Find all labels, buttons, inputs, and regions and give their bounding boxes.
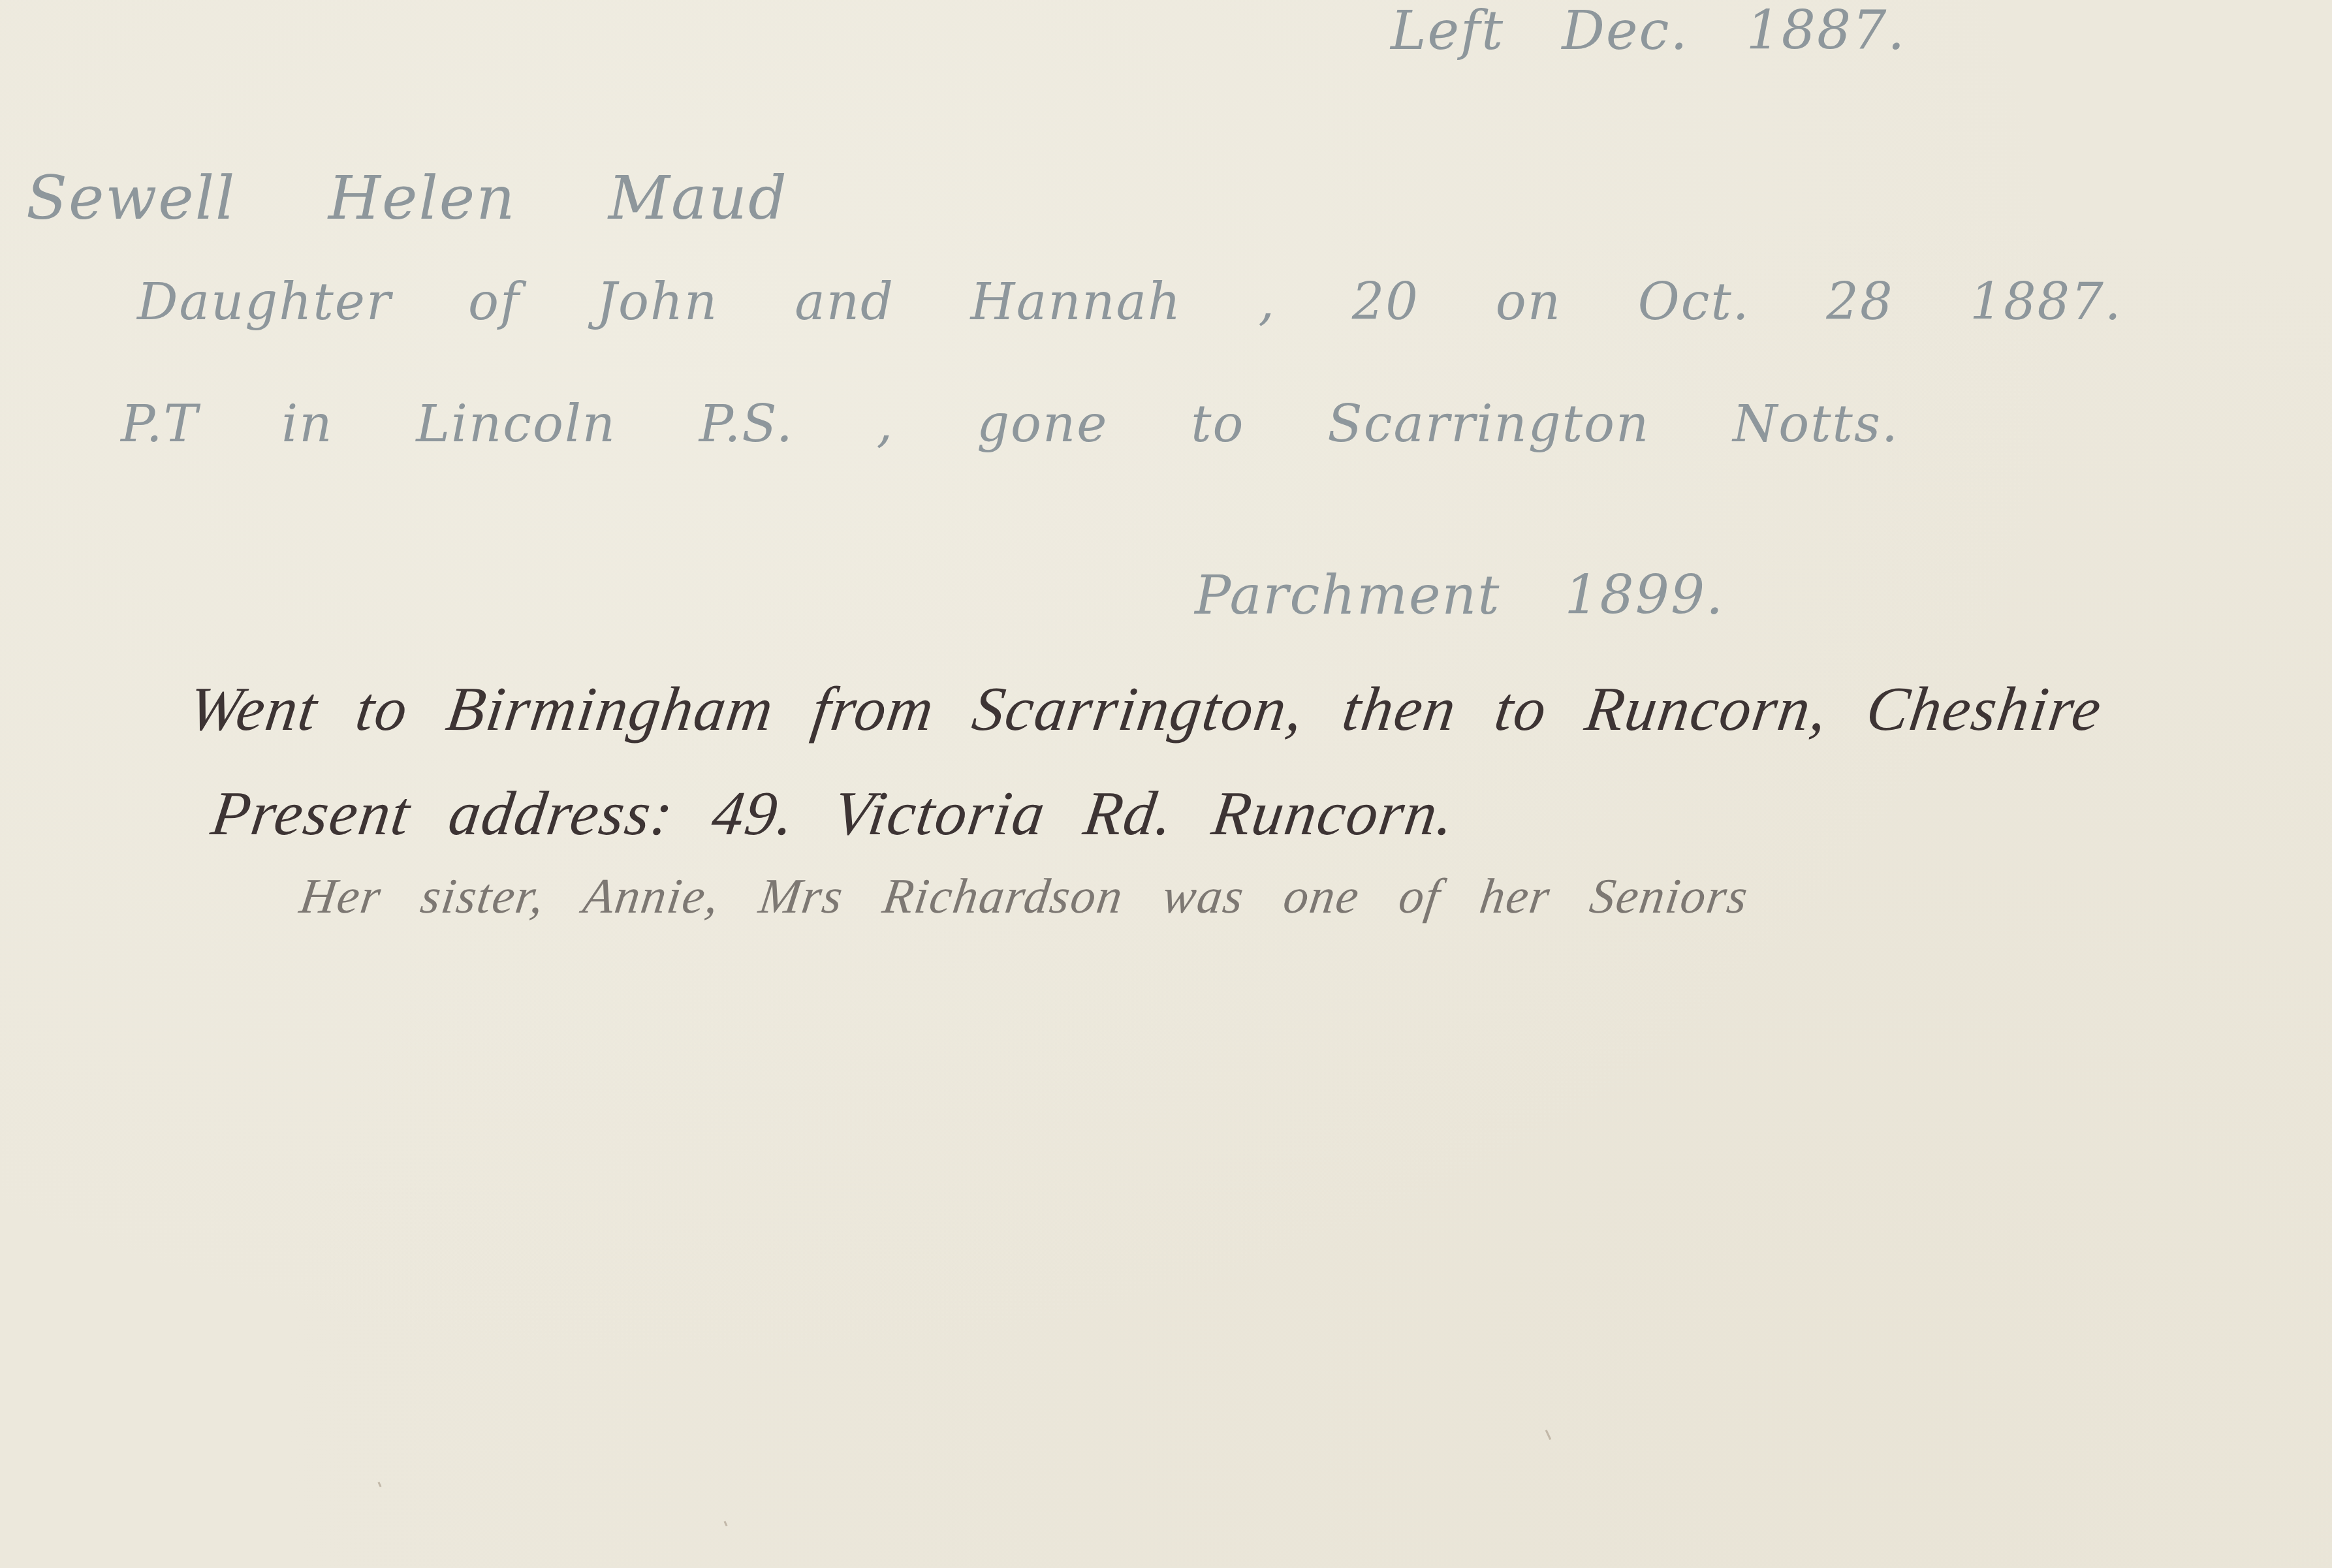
left-date-note: Left Dec. 1887. (1391, 0, 1906, 62)
school-placement-line: P.T in Lincoln P.S. , gone to Scarringto… (121, 395, 1899, 454)
student-name-line: Sewell Helen Maud (26, 163, 788, 233)
parents-and-birth-line: Daughter of John and Hannah , 20 on Oct.… (137, 273, 2122, 332)
document-page: Left Dec. 1887. Sewell Helen Maud Daught… (0, 0, 2332, 1568)
paper-speck (723, 1521, 727, 1527)
later-note-sister: Her sister, Annie, Mrs Richardson was on… (296, 868, 1752, 925)
later-note-movements: Went to Birmingham from Scarrington, the… (184, 672, 2107, 745)
later-note-present-address: Present address: 49. Victoria Rd. Runcor… (207, 777, 1460, 849)
parchment-line: Parchment 1899. (1195, 565, 1724, 627)
paper-speck (1545, 1430, 1551, 1440)
paper-speck (377, 1482, 381, 1488)
